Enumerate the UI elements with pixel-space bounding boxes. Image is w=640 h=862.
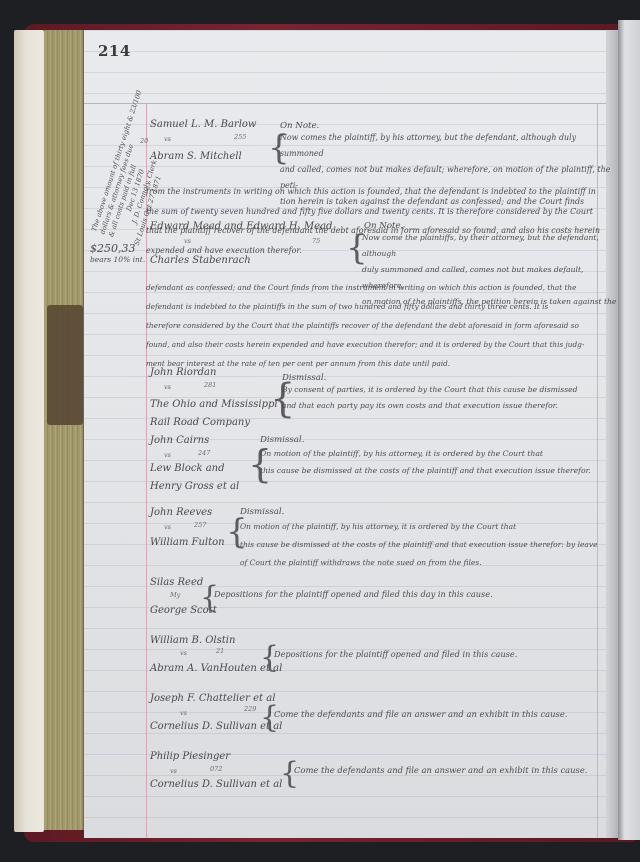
defendant-name: Lew Block and bbox=[150, 464, 225, 474]
day-mark: 20 bbox=[140, 138, 148, 145]
defendant-name: The Ohio and Mississippi bbox=[150, 400, 278, 410]
case-number: 75 bbox=[312, 238, 320, 245]
page-edge-stain bbox=[47, 305, 83, 425]
margin-amount: $250,33 bears 10% int. bbox=[90, 242, 145, 264]
margin-amount-value: $250,33 bbox=[90, 242, 145, 255]
entry-continuation: defendant as confessed; and the Court fi… bbox=[146, 278, 584, 373]
entry-text: On motion of the plaintiff, by his attor… bbox=[240, 518, 598, 572]
versus-mark: vs bbox=[164, 136, 171, 143]
ledger-page: 214 The above amount of thirty eight & 2… bbox=[84, 30, 618, 838]
gilt-page-edges bbox=[44, 30, 84, 830]
versus-mark: vs bbox=[164, 384, 171, 391]
case-number: 255 bbox=[234, 134, 246, 141]
defendant-name-line2: Henry Gross et al bbox=[150, 482, 239, 492]
left-page-edge bbox=[14, 30, 44, 832]
defendant-name: Abram S. Mitchell bbox=[150, 152, 242, 162]
plaintiff-name: Edward Mead and Edward H. Mead bbox=[150, 222, 332, 232]
plaintiff-name: John Reeves bbox=[150, 508, 212, 518]
case-number: 257 bbox=[194, 522, 206, 529]
entry-text: By consent of parties, it is ordered by … bbox=[282, 382, 577, 414]
page-number: 214 bbox=[98, 42, 131, 60]
facing-page-edge bbox=[618, 20, 640, 840]
entry-text: Depositions for the plaintiff opened and… bbox=[274, 645, 517, 664]
entry-text: Come the defendants and file an answer a… bbox=[294, 761, 587, 780]
versus-mark: vs bbox=[164, 452, 171, 459]
margin-amount-note: bears 10% int. bbox=[90, 255, 145, 264]
versus-mark: vs bbox=[184, 238, 191, 245]
case-number: 247 bbox=[198, 450, 210, 457]
entry-text: Depositions for the plaintiff opened and… bbox=[214, 585, 493, 604]
plaintiff-name: William B. Olstin bbox=[150, 636, 235, 646]
entry-heading: Dismissal. bbox=[260, 436, 304, 445]
defendant-name: William Fulton bbox=[150, 538, 225, 548]
versus-mark: vs bbox=[180, 650, 187, 657]
plaintiff-name: John Cairns bbox=[150, 436, 209, 446]
versus-mark: vs bbox=[164, 524, 171, 531]
plaintiff-name: Joseph F. Chattelier et al bbox=[150, 694, 275, 704]
entry-text: Come the defendants and file an answer a… bbox=[274, 705, 567, 724]
plaintiff-name: Philip Piesinger bbox=[150, 752, 230, 762]
plaintiff-name: Silas Reed bbox=[150, 578, 203, 588]
plaintiff-name: Samuel L. M. Barlow bbox=[150, 120, 257, 130]
case-number: 281 bbox=[204, 382, 216, 389]
defendant-name-line2: Rail Road Company bbox=[150, 418, 250, 428]
versus-mark: vs bbox=[170, 768, 177, 775]
defendant-name: Charles Stabenrach bbox=[150, 256, 251, 266]
entry-heading: Dismissal. bbox=[240, 508, 284, 517]
plaintiff-name: John Riordan bbox=[150, 368, 216, 378]
case-number: My bbox=[170, 592, 180, 599]
versus-mark: vs bbox=[180, 710, 187, 717]
case-number: 21 bbox=[216, 648, 224, 655]
case-number: 072 bbox=[210, 766, 222, 773]
defendant-name: Cornelius D. Sullivan et al bbox=[150, 780, 282, 790]
case-number: 229 bbox=[244, 706, 256, 713]
entry-text: On motion of the plaintiff, by his attor… bbox=[260, 445, 591, 479]
